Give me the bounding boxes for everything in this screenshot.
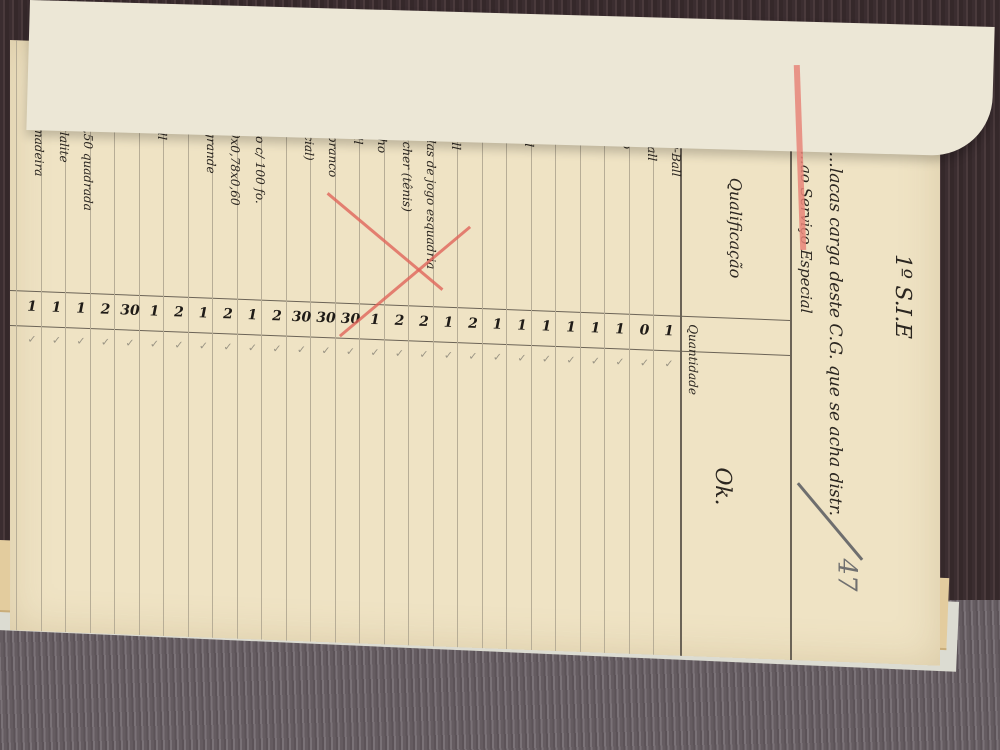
check-mark-icon: ✓ <box>312 344 340 358</box>
row-quantity: 1 <box>533 318 561 335</box>
check-mark-icon: ✓ <box>239 341 267 355</box>
check-mark-icon: ✓ <box>386 346 414 360</box>
check-mark-icon: ✓ <box>116 336 144 350</box>
observations-note: Ok. <box>710 467 735 506</box>
check-mark-icon: ✓ <box>533 352 561 366</box>
check-mark-icon: ✓ <box>67 334 95 348</box>
check-mark-icon: ✓ <box>508 351 536 365</box>
row-quantity: 0 <box>631 322 659 339</box>
row-quantity: 2 <box>410 313 438 330</box>
row-quantity: 2 <box>386 312 414 329</box>
row-quantity: 1 <box>435 314 463 331</box>
row-quantity: 1 <box>557 319 585 336</box>
row-quantity: 1 <box>141 303 169 320</box>
check-mark-icon: ✓ <box>214 340 242 354</box>
row-quantity: 2 <box>165 304 193 321</box>
row-quantity: 1 <box>18 298 46 315</box>
row-quantity: 30 <box>116 302 144 319</box>
row-quantity: 2 <box>263 308 291 325</box>
check-mark-icon: ✓ <box>435 348 463 362</box>
row-quantity: 2 <box>459 315 487 332</box>
title-line-1: ...lacas carga deste C.G. que se acha di… <box>825 151 845 516</box>
check-mark-icon: ✓ <box>582 354 610 368</box>
check-mark-icon: ✓ <box>655 357 683 371</box>
check-mark-icon: ✓ <box>165 338 193 352</box>
check-mark-icon: ✓ <box>606 355 634 369</box>
pencil-annotation: 47 <box>832 558 862 591</box>
column-header-designation: Qualificação <box>726 178 745 279</box>
page-number: 1º S.I.E <box>890 254 915 339</box>
column-header-quantity: Quantidade <box>686 324 700 395</box>
row-quantity: 1 <box>239 307 267 324</box>
row-quantity: 1 <box>508 317 536 334</box>
check-mark-icon: ✓ <box>631 356 659 370</box>
check-mark-icon: ✓ <box>190 339 218 353</box>
row-rule <box>16 40 17 630</box>
row-quantity: 30 <box>288 309 316 326</box>
check-mark-icon: ✓ <box>361 345 389 359</box>
facing-page-curl <box>26 0 994 157</box>
check-mark-icon: ✓ <box>410 347 438 361</box>
row-quantity: 30 <box>312 310 340 327</box>
row-quantity: 1 <box>484 316 512 333</box>
column-divider <box>790 70 792 660</box>
row-quantity: 1 <box>43 299 71 316</box>
row-quantity: 1 <box>190 305 218 322</box>
row-quantity: 2 <box>214 306 242 323</box>
check-mark-icon: ✓ <box>141 337 169 351</box>
check-mark-icon: ✓ <box>92 335 120 349</box>
row-quantity: 2 <box>92 301 120 318</box>
check-mark-icon: ✓ <box>43 333 71 347</box>
check-mark-icon: ✓ <box>557 353 585 367</box>
check-mark-icon: ✓ <box>18 332 46 346</box>
check-mark-icon: ✓ <box>337 345 365 359</box>
check-mark-icon: ✓ <box>288 343 316 357</box>
row-quantity: 1 <box>606 321 634 338</box>
row-quantity: 1 <box>655 323 683 340</box>
check-mark-icon: ✓ <box>459 349 487 363</box>
check-mark-icon: ✓ <box>263 342 291 356</box>
row-quantity: 1 <box>582 320 610 337</box>
check-mark-icon: ✓ <box>484 350 512 364</box>
row-quantity: 1 <box>67 300 95 317</box>
